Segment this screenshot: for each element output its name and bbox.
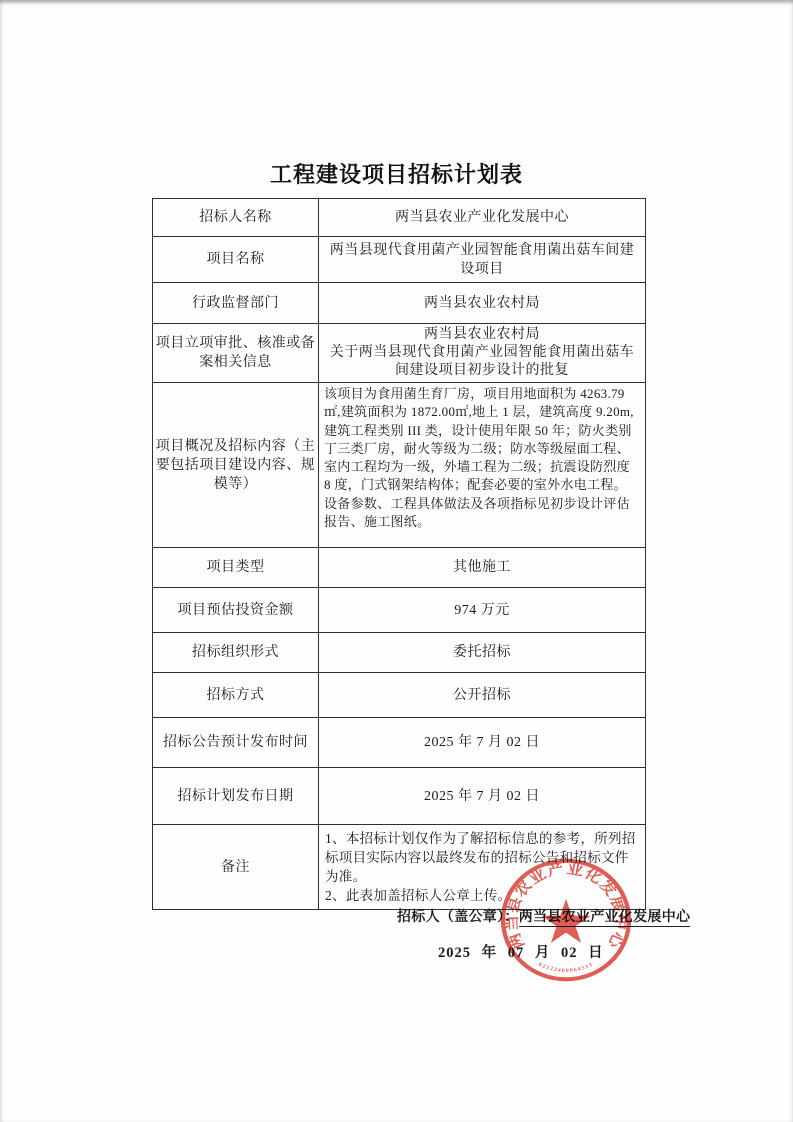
row-value: 2025 年 7 月 02 日	[319, 718, 646, 768]
table-row: 项目立项审批、核准或备案相关信息 两当县农业农村局 关于两当县现代食用菌产业园智…	[153, 324, 646, 383]
row-value: 该项目为食用菌生育厂房，项目用地面积为 4263.79㎡,建筑面积为 1872.…	[319, 383, 646, 548]
row-label: 招标组织形式	[153, 633, 319, 673]
row-label: 招标人名称	[153, 199, 319, 237]
row-label: 项目概况及招标内容（主要包括项目建设内容、规模等）	[153, 383, 319, 548]
row-label: 行政监督部门	[153, 283, 319, 324]
table-row: 项目名称 两当县现代食用菌产业园智能食用菌出菇车间建设项目	[153, 237, 646, 283]
row-label: 项目类型	[153, 548, 319, 588]
row-label: 备注	[153, 825, 319, 910]
table-row: 招标计划发布日期 2025 年 7 月 02 日	[153, 768, 646, 825]
row-label: 项目名称	[153, 237, 319, 283]
row-label: 项目立项审批、核准或备案相关信息	[153, 324, 319, 383]
row-value-line: 两当县农业农村局	[323, 326, 641, 344]
signature-label: 招标人（盖公章）：	[397, 910, 519, 925]
signature-line: 招标人（盖公章）：两当县农业产业化发展中心	[397, 906, 690, 926]
row-value: 两当县农业农村局	[319, 283, 646, 324]
row-value-line: 关于两当县现代食用菌产业园智能食用菌出菇车间建设项目初步设计的批复	[323, 344, 641, 380]
row-value: 974 万元	[319, 588, 646, 633]
row-label: 项目预估投资金额	[153, 588, 319, 633]
table-row: 行政监督部门 两当县农业农村局	[153, 283, 646, 324]
table-row: 招标公告预计发布时间 2025 年 7 月 02 日	[153, 718, 646, 768]
bid-plan-table: 招标人名称 两当县农业产业化发展中心 项目名称 两当县现代食用菌产业园智能食用菌…	[152, 198, 646, 910]
row-value-paragraph: 1、本招标计划仅作为了解招标信息的参考，所列招标项目实际内容以最终发布的招标公告…	[325, 829, 639, 886]
row-value: 2025 年 7 月 02 日	[319, 768, 646, 825]
table-row: 招标方式 公开招标	[153, 673, 646, 718]
row-value-paragraph: 设备参数、工程具体做法及各项指标见初步设计评估报告、施工图纸。	[324, 495, 640, 532]
scan-edge-artifact	[0, 0, 793, 5]
table-row: 项目预估投资金额 974 万元	[153, 588, 646, 633]
row-value: 两当县农业农村局 关于两当县现代食用菌产业园智能食用菌出菇车间建设项目初步设计的…	[319, 324, 646, 383]
table-row: 项目类型 其他施工	[153, 548, 646, 588]
row-value: 两当县农业产业化发展中心	[319, 199, 646, 237]
row-label: 招标公告预计发布时间	[153, 718, 319, 768]
row-value: 1、本招标计划仅作为了解招标信息的参考，所列招标项目实际内容以最终发布的招标公告…	[319, 825, 646, 910]
row-value: 公开招标	[319, 673, 646, 718]
table-row: 招标组织形式 委托招标	[153, 633, 646, 673]
page-title: 工程建设项目招标计划表	[0, 158, 793, 189]
row-value: 委托招标	[319, 633, 646, 673]
row-label: 招标方式	[153, 673, 319, 718]
row-label: 招标计划发布日期	[153, 768, 319, 825]
table-row: 项目概况及招标内容（主要包括项目建设内容、规模等） 该项目为食用菌生育厂房，项目…	[153, 383, 646, 548]
row-value: 其他施工	[319, 548, 646, 588]
date-line: 2025 年 07 月 02 日	[438, 941, 604, 962]
table-row: 备注 1、本招标计划仅作为了解招标信息的参考，所列招标项目实际内容以最终发布的招…	[153, 825, 646, 910]
table-row: 招标人名称 两当县农业产业化发展中心	[153, 199, 646, 237]
row-value-paragraph: 2、此表加盖招标人公章上传。	[325, 886, 639, 905]
row-value-paragraph: 该项目为食用菌生育厂房，项目用地面积为 4263.79㎡,建筑面积为 1872.…	[324, 385, 640, 495]
signature-name: 两当县农业产业化发展中心	[519, 910, 691, 927]
document-page: 工程建设项目招标计划表 招标人名称 两当县农业产业化发展中心 项目名称 两当县现…	[0, 0, 793, 1122]
seal-code: 62122400064513	[538, 962, 595, 974]
row-value: 两当县现代食用菌产业园智能食用菌出菇车间建设项目	[319, 237, 646, 283]
